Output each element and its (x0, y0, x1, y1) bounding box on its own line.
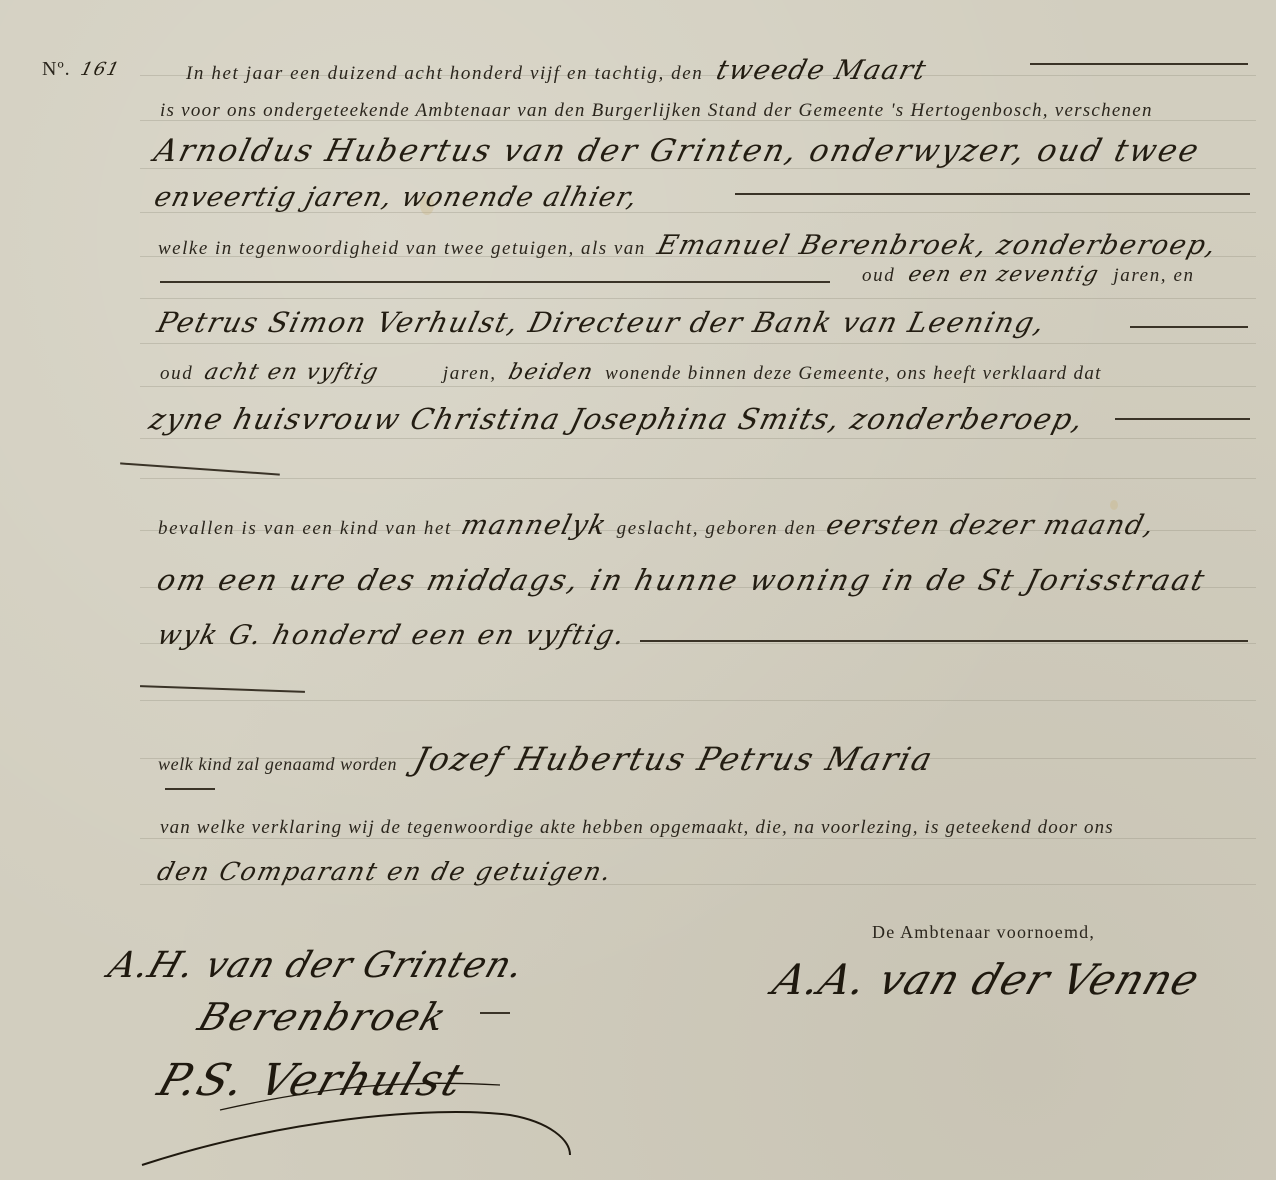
signature-declarant: A.H. van der Grinten. (110, 945, 523, 986)
printed-text: In het jaar een duizend acht honderd vij… (186, 63, 703, 84)
ruled-line (140, 700, 1256, 701)
fill-line (140, 685, 305, 692)
printed-text: jaren, en (1113, 265, 1194, 286)
line-10: bevallen is van een kind van het mannely… (158, 510, 1154, 541)
paper-stain (1110, 500, 1118, 510)
ruled-line (140, 386, 1256, 387)
register-page: Nº. 161 In het jaar een duizend acht hon… (0, 0, 1276, 1180)
signature-witness-1: Berenbroek (200, 995, 446, 1039)
witness-1-name: Emanuel Berenbroek, zonderberoep, (654, 230, 1220, 261)
birth-date: eersten dezer maand, (823, 510, 1158, 541)
line-4: enveertig jaren, wonende alhier, (155, 182, 637, 213)
line-13: welk kind zal genaamd worden Jozef Huber… (158, 740, 933, 778)
child-name: Jozef Hubertus Petrus Maria (410, 740, 938, 778)
handwritten-closing: den Comparant en de getuigen. (154, 857, 615, 886)
record-number: Nº. 161 (42, 58, 120, 81)
fill-line (735, 193, 1250, 195)
ruled-line (140, 298, 1256, 299)
birth-address: wyk G. honderd een en vyftig. (154, 620, 630, 651)
line-8: oud acht en vyftig jaren, beiden wonende… (160, 360, 1102, 385)
printed-text: oud (862, 265, 895, 286)
birth-time-place: om een ure des middags, in hunne woning … (154, 563, 1210, 597)
fill-line (1130, 326, 1248, 328)
line-1: In het jaar een duizend acht honderd vij… (186, 55, 927, 86)
witness-1-age: een en zeventig (906, 262, 1102, 286)
child-sex: mannelyk (458, 510, 610, 541)
line-2: is voor ons ondergeteekende Ambtenaar va… (160, 100, 1153, 122)
ruled-line (140, 438, 1256, 439)
line-9: zyne huisvrouw Christina Josephina Smits… (150, 402, 1084, 436)
handwritten-both: beiden (506, 360, 597, 385)
fill-line (480, 1012, 510, 1014)
ruled-line (140, 478, 1256, 479)
signature-flourish (130, 1060, 580, 1170)
printed-text: wonende binnen deze Gemeente, ons heeft … (605, 363, 1102, 384)
printed-text: van welke verklaring wij de tegenwoordig… (160, 817, 1114, 838)
line-6: oud een en zeventig jaren, en (862, 262, 1195, 287)
ruled-line (140, 343, 1256, 344)
declarant-age-residence: enveertig jaren, wonende alhier, (151, 182, 641, 213)
line-12: wyk G. honderd een en vyftig. (158, 620, 626, 651)
fill-line (640, 640, 1248, 642)
printed-text: welk kind zal genaamd worden (158, 754, 397, 774)
line-15: den Comparant en de getuigen. (158, 857, 612, 886)
printed-text: oud (160, 363, 193, 384)
line-5: welke in tegenwoordigheid van twee getui… (158, 230, 1216, 261)
line-3: Arnoldus Hubertus van der Grinten, onder… (155, 133, 1200, 169)
printed-text: geslacht, geboren den (617, 518, 817, 539)
fill-line (1115, 418, 1250, 420)
printed-text: welke in tegenwoordigheid van twee getui… (158, 238, 646, 259)
record-number-label: Nº. (42, 58, 71, 80)
line-14: van welke verklaring wij de tegenwoordig… (160, 817, 1114, 839)
witness-2-age: acht en vyftig (202, 360, 382, 385)
witness-2-name-occupation: Petrus Simon Verhulst, Directeur der Ban… (154, 306, 1049, 339)
declarant-name-occupation: Arnoldus Hubertus van der Grinten, onder… (151, 133, 1205, 169)
record-number-value: 161 (78, 59, 122, 80)
handwritten-date: tweede Maart (714, 55, 931, 86)
fill-line (120, 462, 280, 475)
fill-line (165, 788, 215, 790)
signature-official: A.A. van der Venne (775, 955, 1198, 1004)
printed-text: is voor ons ondergeteekende Ambtenaar va… (160, 100, 1153, 121)
printed-text: jaren, (443, 363, 497, 384)
printed-text: bevallen is van een kind van het (158, 518, 452, 539)
line-7: Petrus Simon Verhulst, Directeur der Ban… (158, 306, 1045, 339)
line-11: om een ure des middags, in hunne woning … (158, 563, 1206, 597)
mother-name-occupation: zyne huisvrouw Christina Josephina Smits… (146, 402, 1088, 436)
fill-line (160, 281, 830, 283)
official-label: De Ambtenaar voornoemd, (872, 922, 1095, 943)
fill-line (1030, 63, 1248, 65)
